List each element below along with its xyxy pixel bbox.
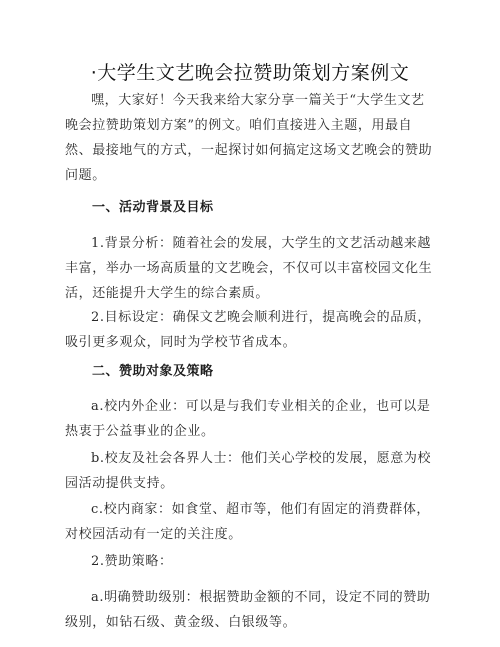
strategy-heading: 2.赞助策略：: [65, 549, 437, 574]
intro-paragraph: 嘿，大家好！今天我来给大家分享一篇关于“大学生文艺晚会拉赞助策划方案”的例文。咱…: [65, 88, 437, 188]
paragraph-strategy-a: a.明确赞助级别：根据赞助金额的不同，设定不同的赞助级别，如钻石级、黄金级、白银…: [65, 585, 437, 635]
paragraph-background-analysis: 1.背景分析：随着社会的发展，大学生的文艺活动越来越丰富，举办一场高质量的文艺晚…: [65, 231, 437, 306]
document-page: ·大学生文艺晚会拉赞助策划方案例文 嘿，大家好！今天我来给大家分享一篇关于“大学…: [0, 0, 500, 647]
paragraph-goal-setting: 2.目标设定：确保文艺晚会顺利进行，提高晚会的品质，吸引更多观众，同时为学校节省…: [65, 305, 437, 355]
document-title: ·大学生文艺晚会拉赞助策划方案例文: [0, 58, 500, 85]
section-heading-background: 一、活动背景及目标: [92, 196, 214, 215]
paragraph-sponsor-a: a.校内外企业：可以是与我们专业相关的企业，也可以是热衷于公益事业的企业。: [65, 394, 437, 444]
section-heading-sponsors: 二、赞助对象及策略: [92, 360, 214, 379]
paragraph-sponsor-b: b.校友及社会各界人士：他们关心学校的发展，愿意为校园活动提供支持。: [65, 446, 437, 496]
paragraph-sponsor-c: c.校内商家：如食堂、超市等，他们有固定的消费群体，对校园活动有一定的关注度。: [65, 497, 437, 547]
